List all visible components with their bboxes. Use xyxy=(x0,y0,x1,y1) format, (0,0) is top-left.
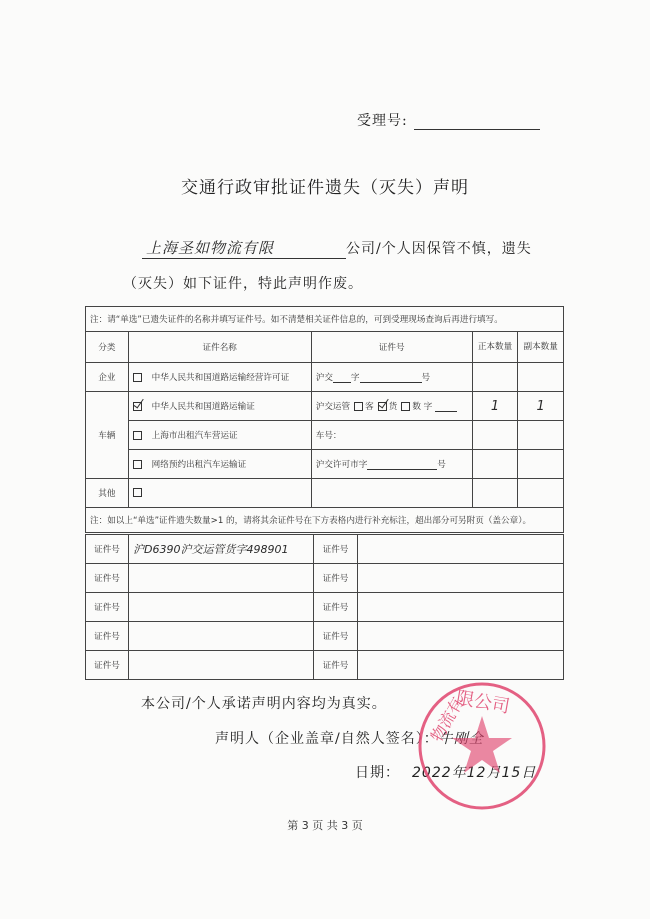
blank-field[interactable] xyxy=(435,402,457,412)
receipt-number-field[interactable] xyxy=(414,115,540,130)
page-number: 第 3 页 共 3 页 xyxy=(0,817,650,833)
table-row: 其他 xyxy=(86,479,564,508)
supplement-row: 证件号 证件号 xyxy=(86,564,564,593)
cert-name-cell[interactable] xyxy=(128,479,311,508)
category-enterprise: 企业 xyxy=(86,363,129,392)
cert-name-cell: 上海市出租汽车营运证 xyxy=(128,421,311,450)
company-name-field[interactable]: 上海圣如物流有限 xyxy=(142,237,346,259)
checkbox-ride-hailing-certificate[interactable] xyxy=(133,460,142,469)
header-original-qty: 正本数量 xyxy=(472,332,518,363)
cert-name-cell: 中华人民共和国道路运输证 xyxy=(128,392,311,421)
cert-number-field[interactable] xyxy=(129,593,314,622)
checkbox-passenger[interactable] xyxy=(354,402,363,411)
table-row: 企业 中华人民共和国道路运输经营许可证 沪交字号 xyxy=(86,363,564,392)
cert-number-label: 证件号 xyxy=(314,564,358,593)
original-qty[interactable] xyxy=(472,421,518,450)
number-prefix: 沪交 xyxy=(316,373,333,383)
supplement-row: 证件号 沪D6390沪交运管货字498901 证件号 xyxy=(86,535,564,564)
cert-number-field[interactable] xyxy=(129,651,314,680)
checkbox-other[interactable] xyxy=(133,488,142,497)
blank-field[interactable] xyxy=(333,373,351,383)
cert-number-field[interactable]: 沪D6390沪交运管货字498901 xyxy=(129,535,314,564)
table-row: 上海市出租汽车营运证 车号： xyxy=(86,421,564,450)
cert-number-cell[interactable]: 沪交字号 xyxy=(311,363,472,392)
table-note: 注：请“单选”已遗失证件的名称并填写证件号。如不清楚相关证件信息的，可到受理现场… xyxy=(86,307,564,332)
declaration-line-2: （灭失）如下证件，特此声明作废。 xyxy=(123,273,363,293)
promise-statement: 本公司/个人承诺声明内容均为真实。 xyxy=(141,693,387,713)
option-cargo: 货 xyxy=(389,402,398,412)
number-mid: 字 xyxy=(351,373,360,383)
cert-name: 中华人民共和国道路运输证 xyxy=(152,402,255,412)
cert-number-field[interactable] xyxy=(358,564,564,593)
copy-qty[interactable]: 1 xyxy=(518,392,564,421)
number-suffix: 号 xyxy=(422,373,431,383)
date-line: 日期：2022年12月15日 xyxy=(355,762,536,782)
category-vehicle: 车辆 xyxy=(86,392,129,479)
cert-number-field[interactable] xyxy=(358,651,564,680)
blank-field[interactable] xyxy=(367,460,437,470)
cert-number-cell[interactable]: 沪交许可市字号 xyxy=(311,450,472,479)
cert-number-cell[interactable]: 沪交运管客货数 字 xyxy=(311,392,472,421)
declaration-line-1: 上海圣如物流有限公司/个人因保管不慎，遗失 xyxy=(142,237,532,259)
table-row: 网络预约出租汽车运输证 沪交许可市字号 xyxy=(86,450,564,479)
receipt-number: 受理号: xyxy=(357,110,540,130)
supplement-table: 证件号 沪D6390沪交运管货字498901 证件号 证件号 证件号 证件号 证… xyxy=(85,534,564,680)
cert-number-cell[interactable] xyxy=(311,479,472,508)
cert-number-label: 证件号 xyxy=(86,622,129,651)
header-category: 分类 xyxy=(86,332,129,363)
declarant-label: 声明人（企业盖章/自然人签名）： xyxy=(215,731,439,747)
receipt-label: 受理号: xyxy=(357,113,408,129)
number-prefix: 沪交许可市字 xyxy=(316,460,368,470)
cert-number-field[interactable] xyxy=(358,622,564,651)
option-number: 数 xyxy=(412,402,421,412)
original-qty[interactable] xyxy=(472,363,518,392)
certificate-table: 注：请“单选”已遗失证件的名称并填写证件号。如不清楚相关证件信息的，可到受理现场… xyxy=(85,306,564,533)
cert-number-field[interactable] xyxy=(358,535,564,564)
cert-number-label: 证件号 xyxy=(314,651,358,680)
declaration-text-1: 公司/个人因保管不慎，遗失 xyxy=(346,241,532,257)
cert-number-label: 证件号 xyxy=(314,593,358,622)
cert-number-cell[interactable]: 车号： xyxy=(311,421,472,450)
supplement-row: 证件号 证件号 xyxy=(86,651,564,680)
number-prefix: 沪交运管 xyxy=(316,402,350,412)
date-value[interactable]: 2022年12月15日 xyxy=(412,765,536,781)
copy-qty[interactable] xyxy=(518,363,564,392)
cert-number-label: 证件号 xyxy=(86,564,129,593)
table-header-row: 分类 证件名称 证件号 正本数量 副本数量 xyxy=(86,332,564,363)
original-qty[interactable] xyxy=(472,450,518,479)
header-name: 证件名称 xyxy=(128,332,311,363)
cert-name: 网络预约出租汽车运输证 xyxy=(152,460,247,470)
checkbox-operating-license[interactable] xyxy=(133,373,142,382)
cert-number-field[interactable] xyxy=(129,622,314,651)
number-suffix: 号 xyxy=(437,460,446,470)
number-prefix: 车号： xyxy=(316,431,342,441)
svg-text:限公司: 限公司 xyxy=(455,688,512,718)
cert-name: 中华人民共和国道路运输经营许可证 xyxy=(152,373,290,383)
header-copy-qty: 副本数量 xyxy=(518,332,564,363)
original-qty[interactable] xyxy=(472,479,518,508)
checkbox-number[interactable] xyxy=(401,402,410,411)
copy-qty[interactable] xyxy=(518,421,564,450)
cert-number-label: 证件号 xyxy=(86,535,129,564)
option-passenger: 客 xyxy=(365,402,374,412)
document-title: 交通行政审批证件遗失（灭失）声明 xyxy=(0,173,650,198)
blank-field[interactable] xyxy=(360,373,422,383)
cert-number-label: 证件号 xyxy=(314,535,358,564)
cert-name: 上海市出租汽车营运证 xyxy=(152,431,238,441)
table-row: 车辆 中华人民共和国道路运输证 沪交运管客货数 字 1 1 xyxy=(86,392,564,421)
header-number: 证件号 xyxy=(311,332,472,363)
checkbox-cargo[interactable] xyxy=(378,402,387,411)
checkbox-taxi-license[interactable] xyxy=(133,431,142,440)
number-suffix: 字 xyxy=(424,402,433,412)
original-qty[interactable]: 1 xyxy=(472,392,518,421)
declarant-line: 声明人（企业盖章/自然人签名）：牛刚全 xyxy=(215,728,484,748)
cert-number-label: 证件号 xyxy=(314,622,358,651)
supplement-row: 证件号 证件号 xyxy=(86,593,564,622)
copy-qty[interactable] xyxy=(518,479,564,508)
cert-name-cell: 中华人民共和国道路运输经营许可证 xyxy=(128,363,311,392)
supplement-row: 证件号 证件号 xyxy=(86,622,564,651)
copy-qty[interactable] xyxy=(518,450,564,479)
cert-number-label: 证件号 xyxy=(86,593,129,622)
cert-number-field[interactable] xyxy=(129,564,314,593)
table-footer-note: 注：如以上“单选”证件遗失数量>1 的，请将其余证件号在下方表格内进行补充标注，… xyxy=(86,508,564,533)
checkbox-transport-certificate[interactable] xyxy=(133,402,142,411)
cert-number-label: 证件号 xyxy=(86,651,129,680)
cert-number-field[interactable] xyxy=(358,593,564,622)
cert-name-cell: 网络预约出租汽车运输证 xyxy=(128,450,311,479)
category-other: 其他 xyxy=(86,479,129,508)
date-label: 日期： xyxy=(355,765,400,781)
declarant-signature[interactable]: 牛刚全 xyxy=(439,731,484,747)
